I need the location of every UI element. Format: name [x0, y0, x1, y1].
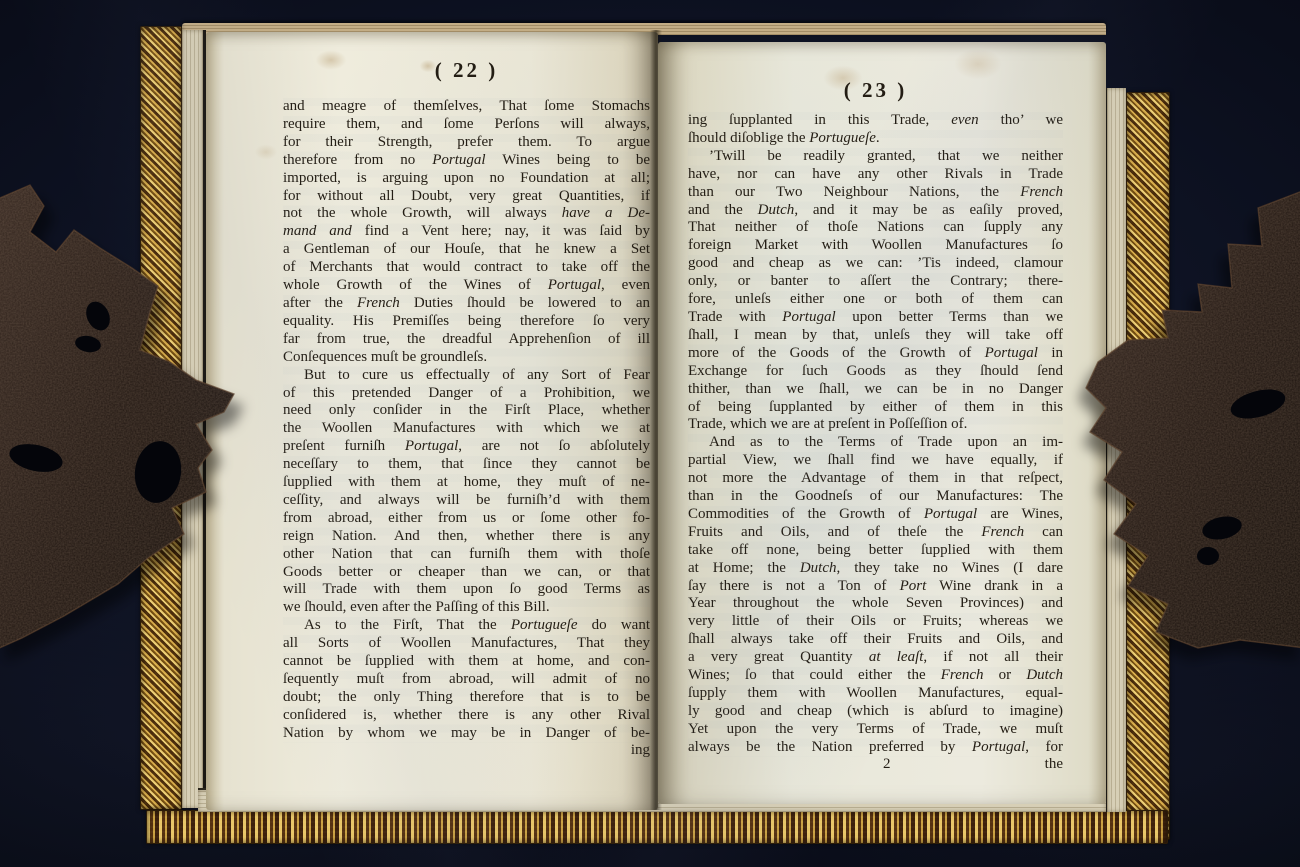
text-line: of Merchants that would contract to take…: [283, 259, 650, 277]
text-line: ſay there is not a Ton of Port Wine dran…: [688, 578, 1063, 596]
text-line: As to the Firſt, That the Portugueſe do …: [283, 617, 650, 635]
text-line: take off none, being better ſupplied wit…: [688, 542, 1063, 560]
text-line: for without all Doubt, very great Quanti…: [283, 188, 650, 206]
paragraph: And as to the Terms of Trade upon an im-…: [688, 434, 1063, 756]
text-line: Goods better or cheaper than we can, or …: [283, 564, 650, 582]
text-line: need only conſider in the Firſt Place, w…: [283, 402, 650, 420]
text-line: more of the Goods of the Growth of Portu…: [688, 345, 1063, 363]
text-line: ſupply them with Woollen Manufactures, e…: [688, 685, 1063, 703]
text-line: ſequently muſt from abroad, will admit o…: [283, 671, 650, 689]
text-line: at Home; the Dutch, they take no Wines (…: [688, 560, 1063, 578]
text-line: thither, than we ſhall, we can be in no …: [688, 381, 1063, 399]
text-line: foreign Market with Woollen Manufactures…: [688, 237, 1063, 255]
text-line: reign Nation. And then, whether there is…: [283, 528, 650, 546]
text-line: ing ſupplanted in this Trade, even tho’ …: [688, 112, 1063, 130]
clasp-hole: [1197, 547, 1219, 565]
text-line: and the Dutch, and it may be as eaſily p…: [688, 202, 1063, 220]
clasp-hole: [82, 298, 115, 334]
text-line: all Sorts of Woollen Manufactures, That …: [283, 635, 650, 653]
text-line: not the whole Growth, will always have a…: [283, 205, 650, 223]
text-line: Year throughout the whole Seven Province…: [688, 595, 1063, 613]
page-footer: ing: [283, 742, 650, 760]
book-page-right: ( 23 ) ing ſupplanted in this Trade, eve…: [658, 42, 1106, 804]
text-line: Trade, which we are at preſent in Poſſeſ…: [688, 416, 1063, 434]
text-line: conſidered is, whether there is any othe…: [283, 707, 650, 725]
text-line: ’Twill be readily granted, that we neith…: [688, 148, 1063, 166]
text-line: of being ſupplanted by either of them in…: [688, 399, 1063, 417]
catchword: ing: [631, 742, 650, 759]
text-line: partial View, we ſhall find we have equa…: [688, 452, 1063, 470]
text-line: good and cheap as we can: ’Tis indeed, c…: [688, 255, 1063, 273]
text-line: not more the Advantage of them in that r…: [688, 470, 1063, 488]
gilt-tooled-cover-edge-left: [140, 26, 182, 810]
text-line: neceſſary to them, that ſince they canno…: [283, 456, 650, 474]
text-line: require them, and ſome Perſons will alwa…: [283, 116, 650, 134]
clasp-hole: [1228, 384, 1289, 424]
clasp-hole: [7, 440, 65, 477]
text-line: equality. His Premiſſes being therefore …: [283, 313, 650, 331]
text-line: have, nor can have any other Rivals in T…: [688, 166, 1063, 184]
text-line: ſhall always take off their Fruits and O…: [688, 631, 1063, 649]
text-line: always be the Nation preferred by Portug…: [688, 739, 1063, 757]
text-line: Fruits and Oils, and of theſe the French…: [688, 524, 1063, 542]
text-line: a Gentleman of our Houſe, that he knew a…: [283, 241, 650, 259]
text-line: whole Growth of the Wines of Portugal, e…: [283, 277, 650, 295]
text-line: we ſhould, even after the Paſſing of thi…: [283, 599, 650, 617]
gilt-tooled-cover-edge-right: [1126, 92, 1170, 840]
catchword: the: [1045, 756, 1063, 773]
paragraph: But to cure us effectually of any Sort o…: [283, 367, 650, 618]
page-text: and meagre of themſelves, That ſome Stom…: [283, 98, 650, 743]
text-line: Nation by whom we may be in Danger of be…: [283, 725, 650, 743]
text-line: than in the Goodneſs of our Manufactures…: [688, 488, 1063, 506]
paragraph: As to the Firſt, That the Portugueſe do …: [283, 617, 650, 742]
text-line: and meagre of themſelves, That ſome Stom…: [283, 98, 650, 116]
text-line: Commodities of the Growth of Portugal ar…: [688, 506, 1063, 524]
text-line: very little of their Oils or Fruits; whe…: [688, 613, 1063, 631]
clasp-hole: [74, 334, 102, 354]
text-line: Trade with Portugal upon better Terms th…: [688, 309, 1063, 327]
text-line: And as to the Terms of Trade upon an im-: [688, 434, 1063, 452]
text-line: only, or banter to aſſert the Contrary; …: [688, 273, 1063, 291]
page-text: ing ſupplanted in this Trade, even tho’ …: [688, 112, 1063, 757]
text-line: ſhall, I mean by that, unleſs they will …: [688, 327, 1063, 345]
text-line: ſhould diſoblige the Portugueſe.: [688, 130, 1063, 148]
text-line: Conſequences muſt be groundleſs.: [283, 349, 650, 367]
text-line: preſent furniſh Portugal, are not ſo abſ…: [283, 438, 650, 456]
text-line: cannot be ſupplied with them at home, an…: [283, 653, 650, 671]
text-line: will Trade with them upon ſo good Terms …: [283, 581, 650, 599]
book-page-left: ( 22 ) and meagre of themſelves, That ſo…: [206, 32, 658, 810]
text-line: the Woollen Manufactures with which we a…: [283, 420, 650, 438]
text-line: therefore from no Portugal Wines being t…: [283, 152, 650, 170]
text-line: for their Strength, prefer them. To argu…: [283, 134, 650, 152]
page-stack-fore-edge-left: [182, 30, 206, 808]
paragraph: ing ſupplanted in this Trade, even tho’ …: [688, 112, 1063, 148]
text-line: doubt; the only Thing therefore that is …: [283, 689, 650, 707]
text-line: after the French Duties ſhould be lowere…: [283, 295, 650, 313]
page-footer: 2 the: [688, 756, 1063, 774]
text-line: ceſſity, and always will be furniſh’d wi…: [283, 492, 650, 510]
text-line: from abroad, either from us or ſome othe…: [283, 510, 650, 528]
signature-mark: 2: [883, 756, 891, 773]
text-line: But to cure us effectually of any Sort o…: [283, 367, 650, 385]
text-line: That neither of thoſe Nations can ſupply…: [688, 219, 1063, 237]
text-line: imported, is arguing upon no Foundation …: [283, 170, 650, 188]
text-line: far from true, the dreadful Apprehenſion…: [283, 331, 650, 349]
page-number-left: ( 22 ): [283, 58, 650, 83]
text-line: ſupplied with them at home, they muſt of…: [283, 474, 650, 492]
text-line: a very great Quantity at leaſt, if not a…: [688, 649, 1063, 667]
clasp-hole: [1200, 513, 1244, 543]
paragraph: and meagre of themſelves, That ſome Stom…: [283, 98, 650, 367]
photograph-background-velvet: ( 22 ) and meagre of themſelves, That ſo…: [0, 0, 1300, 867]
page-number-right: ( 23 ): [688, 78, 1063, 103]
gilt-tooled-cover-edge-bottom: [146, 810, 1168, 844]
text-line: than our Two Neighbour Nations, the Fren…: [688, 184, 1063, 202]
text-line: mand and find a Vent here; nay, it was ſ…: [283, 223, 650, 241]
text-line: other Nation that can furniſh them with …: [283, 546, 650, 564]
text-line: Exchange for ſuch Goods as they ſhould ſ…: [688, 363, 1063, 381]
text-line: ly good and cheap (which is abſurd to im…: [688, 703, 1063, 721]
text-line: Yet upon the very Terms of Trade, we muſ…: [688, 721, 1063, 739]
page-stack-fore-edge-right: [1104, 88, 1126, 812]
text-line: Wines; ſo that could either the French o…: [688, 667, 1063, 685]
text-line: fore, unleſs either one or both of them …: [688, 291, 1063, 309]
text-line: of this pretended Danger of a Prohibitio…: [283, 385, 650, 403]
paragraph: ’Twill be readily granted, that we neith…: [688, 148, 1063, 435]
